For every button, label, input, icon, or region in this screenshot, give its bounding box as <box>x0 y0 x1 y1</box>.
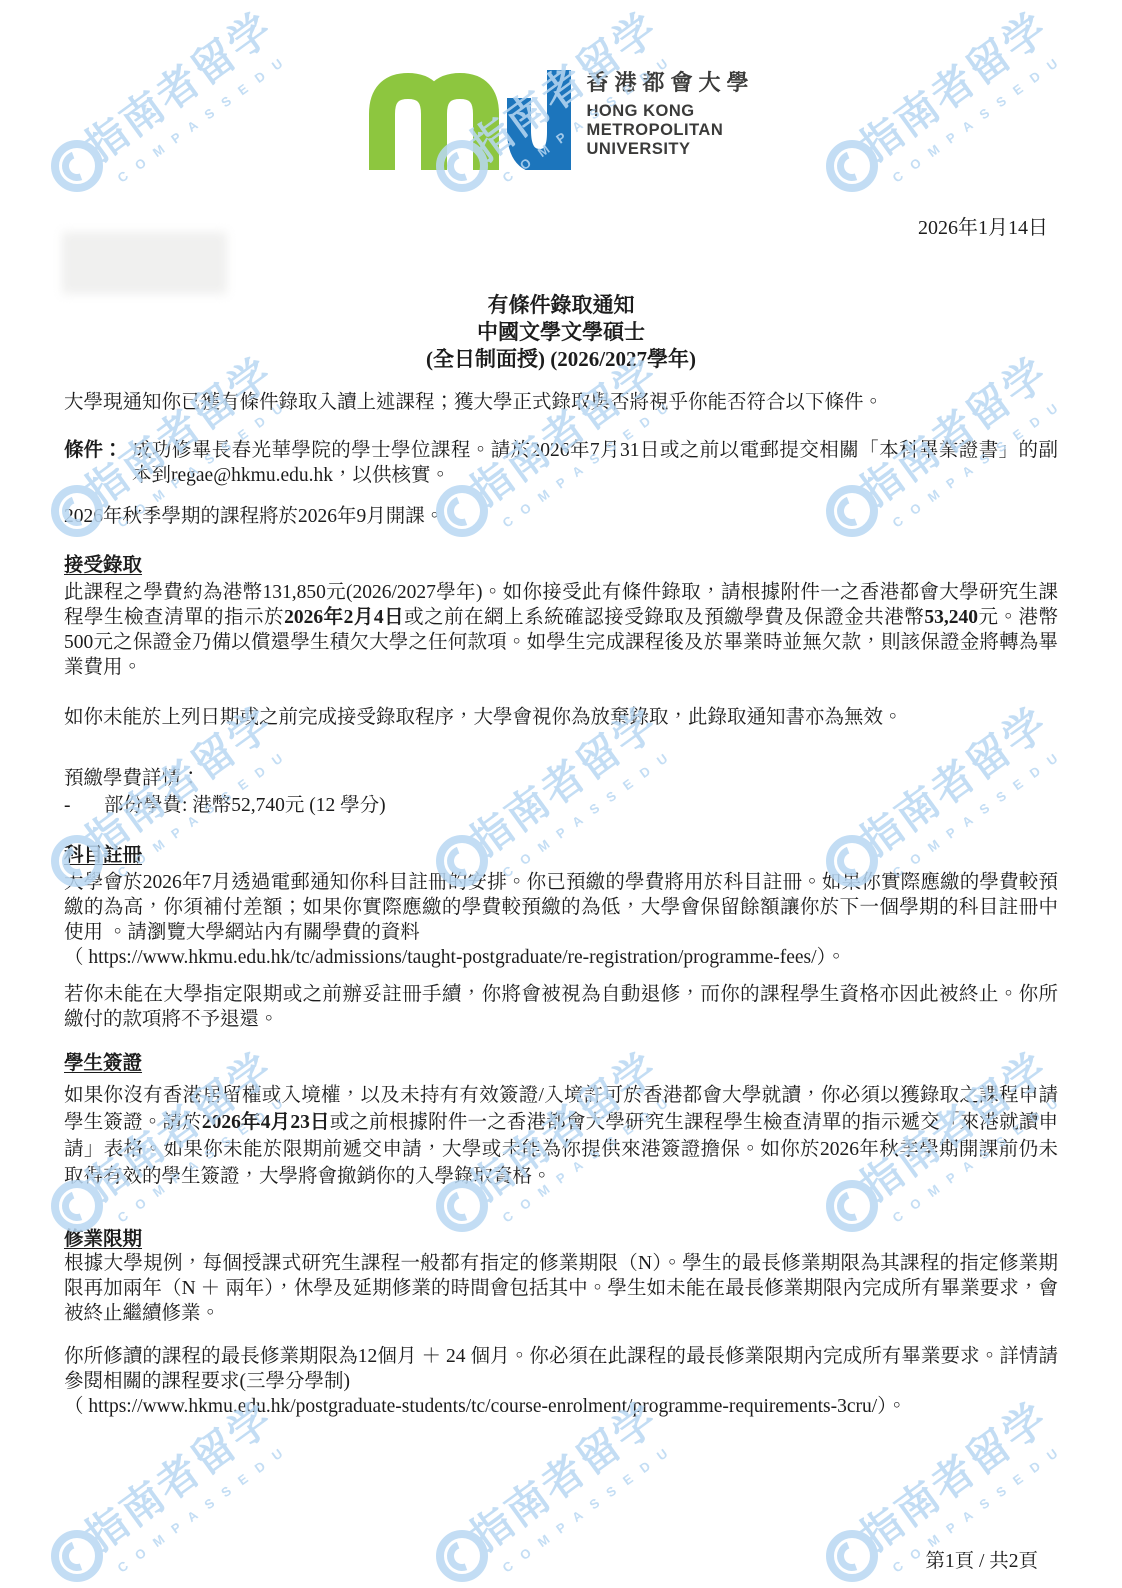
university-name-block: 香港都會大學 HONG KONG METROPOLITAN UNIVERSITY <box>586 60 754 159</box>
accept-deposit-amount: 53,240 <box>924 607 978 628</box>
university-name-en-line1: HONG KONG <box>586 102 754 121</box>
university-name-zh: 香港都會大學 <box>586 66 754 97</box>
accept-p1-run2: 或之前在網上系統確認接受錄取及預繳學費及保證金共港幣 <box>404 607 924 628</box>
duration-paragraph-2: 你所修讀的課程的最長修業期限為12個月 ＋ 24 個月。你必須在此課程的最長修業… <box>64 1344 1058 1419</box>
letter-date: 2026年1月14日 <box>918 211 1048 240</box>
subject-fees-url: （ https://www.hkmu.edu.hk/tc/admissions/… <box>64 947 846 968</box>
condition-block: 條件： 成功修畢長春光華學院的學士學位課程。請於2026年7月31日或之前以電郵… <box>64 438 1058 488</box>
accept-deadline-date: 2026年2月4日 <box>284 607 404 628</box>
university-name-en: HONG KONG METROPOLITAN UNIVERSITY <box>586 102 754 159</box>
subject-paragraph-1: 大學會於2026年7月透過電郵通知你科目註冊的安排。你已預繳的學費將用於科目註冊… <box>64 870 1058 970</box>
duration-heading: 修業限期 <box>64 1227 142 1252</box>
watermark-text-en: COMPASSEDU <box>115 1439 296 1576</box>
admission-letter-page: 香港都會大學 HONG KONG METROPOLITAN UNIVERSITY… <box>0 0 1122 1588</box>
hkmu-mu-logo-icon <box>367 60 572 170</box>
duration-heading-block: 修業限期 <box>64 1227 1058 1252</box>
subject-p1-text: 大學會於2026年7月透過電郵通知你科目註冊的安排。你已預繳的學費將用於科目註冊… <box>64 872 1058 943</box>
compassedu-logo-icon <box>826 1530 878 1582</box>
visa-deadline-date: 2026年4月23日 <box>202 1112 330 1133</box>
title-line-mode-year: (全日制面授) (2026/2027學年) <box>64 346 1058 373</box>
intro-paragraph: 大學現通知你已獲有條件錄取入讀上述課程；獲大學正式錄取與否將視乎你能否符合以下條… <box>64 390 1058 415</box>
accept-heading-block: 接受錄取 <box>64 553 1058 578</box>
subject-heading-block: 科目註冊 <box>64 843 1058 868</box>
redacted-recipient-name <box>62 232 227 294</box>
letter-title: 有條件錄取通知 中國文學文學碩士 (全日制面授) (2026/2027學年) <box>64 292 1058 373</box>
visa-paragraph: 如果你沒有香港居留權或入境權，以及未持有有效簽證/入境許可於香港都會大學就讀，你… <box>64 1082 1058 1190</box>
subject-heading: 科目註冊 <box>64 843 142 868</box>
duration-paragraph-1: 根據大學規例，每個授課式研究生課程一般都有指定的修業期限（N）。學生的最長修業期… <box>64 1251 1058 1326</box>
accept-paragraph-1: 此課程之學費約為港幣131,850元(2026/2027學年)。如你接受此有條件… <box>64 580 1058 680</box>
dash-bullet: - <box>64 793 104 818</box>
page-number: 第1頁 / 共2頁 <box>925 1545 1038 1573</box>
accept-heading: 接受錄取 <box>64 553 142 578</box>
duration-p2-text: 你所修讀的課程的最長修業期限為12個月 ＋ 24 個月。你必須在此課程的最長修業… <box>64 1346 1058 1392</box>
title-line-programme: 中國文學文學碩士 <box>64 319 1058 346</box>
logo-m-shape <box>382 86 486 170</box>
condition-label: 條件： <box>64 438 132 488</box>
letterhead: 香港都會大學 HONG KONG METROPOLITAN UNIVERSITY <box>0 60 1122 170</box>
visa-heading: 學生簽證 <box>64 1051 142 1076</box>
subject-paragraph-2: 若你未能在大學指定限期或之前辦妥註冊手續，你將會被視為自動退修，而你的課程學生資… <box>64 982 1058 1032</box>
university-name-en-line3: UNIVERSITY <box>586 140 754 159</box>
prepay-list-item: - 部份學費: 港幣52,740元 (12 學分) <box>64 793 1058 818</box>
prepay-item-text: 部份學費: 港幣52,740元 (12 學分) <box>104 793 386 818</box>
condition-text: 成功修畢長春光華學院的學士學位課程。請於2026年7月31日或之前以電郵提交相關… <box>132 438 1058 488</box>
autumn-term-line: 2026年秋季學期的課程將於2026年9月開課。 <box>64 504 1058 529</box>
title-line-notice: 有條件錄取通知 <box>64 292 1058 319</box>
university-name-en-line2: METROPOLITAN <box>586 121 754 140</box>
compassedu-logo-icon <box>51 1530 103 1582</box>
duration-requirements-url: （ https://www.hkmu.edu.hk/postgraduate-s… <box>64 1396 906 1417</box>
visa-heading-block: 學生簽證 <box>64 1051 1058 1076</box>
prepay-title: 預繳學費詳情： <box>64 766 1058 791</box>
compassedu-logo-icon <box>436 1530 488 1582</box>
accept-paragraph-2: 如你未能於上列日期或之前完成接受錄取程序，大學會視你為放棄錄取，此錄取通知書亦為… <box>64 705 1058 730</box>
watermark-text-en: COMPASSEDU <box>500 1439 681 1576</box>
